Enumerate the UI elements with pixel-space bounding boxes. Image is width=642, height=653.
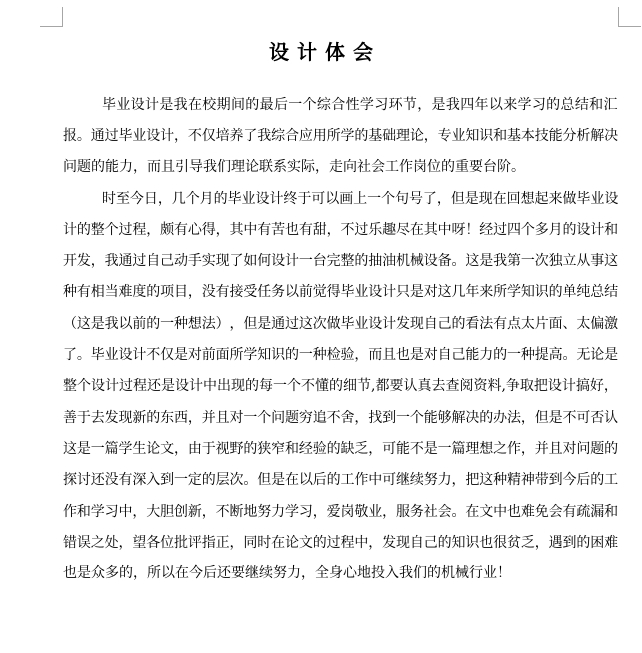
crop-mark-top-left-icon bbox=[40, 7, 63, 27]
text-line: 计的整个过程，颇有心得，其中有苦也有甜，不过乐趣尽在其中呀！经过四个多月的设计和 bbox=[63, 214, 618, 245]
document-title: 设计体会 bbox=[0, 36, 642, 62]
text-line: 报。通过毕业设计，不仅培养了我综合应用所学的基础理论，专业知识和基本技能分析解决 bbox=[63, 120, 618, 151]
text-line: 也是众多的，所以在今后还要继续努力，全身心地投入我们的机械行业！ bbox=[63, 558, 618, 589]
text-line: （这是我以前的一种想法），但是通过这次做毕业设计发现自己的看法有点太片面、太偏激 bbox=[63, 308, 618, 339]
text-line: 毕业设计是我在校期间的最后一个综合性学习环节，是我四年以来学习的总结和汇 bbox=[63, 89, 618, 120]
text-line: 了。毕业设计不仅是对前面所学知识的一种检验，而且也是对自己能力的一种提高。无论是 bbox=[63, 339, 618, 370]
text-line: 善于去发现新的东西，并且对一个问题穷追不舍，找到一个能够解决的办法，但是不可否认 bbox=[63, 402, 618, 433]
text-line: 种有相当难度的项目，没有接受任务以前觉得毕业设计只是对这几年来所学知识的单纯总结 bbox=[63, 277, 618, 308]
text-line: 作和学习中，大胆创新，不断地努力学习，爱岗敬业，服务社会。在文中也难免会有疏漏和 bbox=[63, 496, 618, 527]
document-page[interactable]: 设计体会 毕业设计是我在校期间的最后一个综合性学习环节，是我四年以来学习的总结和… bbox=[0, 0, 642, 653]
text-line: 探讨还没有深入到一定的层次。但是在以后的工作中可继续努力，把这种精神带到今后的工 bbox=[63, 465, 618, 496]
text-line: 这是一篇学生论文，由于视野的狭窄和经验的缺乏，可能不是一篇理想之作，并且对问题的 bbox=[63, 433, 618, 464]
text-line: 开发，我通过自己动手实现了如何设计一台完整的抽油机械设备。这是我第一次独立从事这 bbox=[63, 245, 618, 276]
text-line: 时至今日，几个月的毕业设计终于可以画上一个句号了，但是现在回想起来做毕业设 bbox=[63, 183, 618, 214]
crop-mark-top-right-icon bbox=[618, 7, 641, 27]
text-line: 整个设计过程还是设计中出现的每一个不懂的细节,都要认真去查阅资料,争取把设计搞好… bbox=[63, 371, 618, 402]
text-line: 问题的能力，而且引导我们理论联系实际，走向社会工作岗位的重要台阶。 bbox=[63, 152, 618, 183]
text-line: 错误之处，望各位批评指正，同时在论文的过程中，发现自己的知识也很贫乏，遇到的困难 bbox=[63, 527, 618, 558]
document-body: 毕业设计是我在校期间的最后一个综合性学习环节，是我四年以来学习的总结和汇报。通过… bbox=[63, 89, 618, 590]
